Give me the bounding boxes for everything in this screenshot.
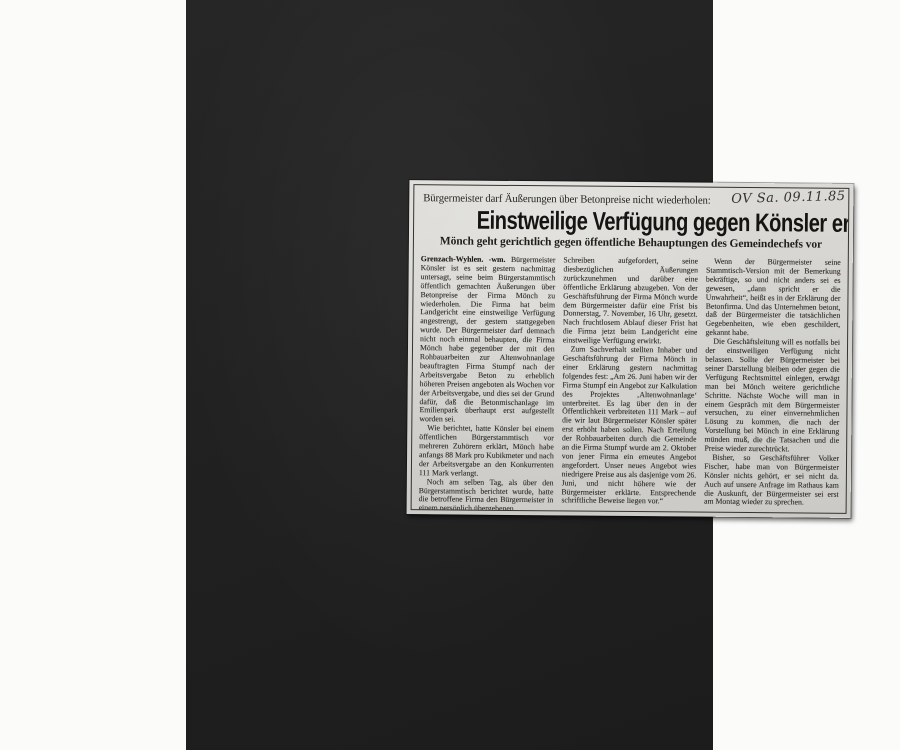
clipping-frame: Bürgermeister darf Äußerungen über Beton… xyxy=(411,184,850,514)
paragraph: Grenzach-Wyhlen. -wm. Bürgermeister Köns… xyxy=(419,255,555,425)
paragraph: Die Geschäftsleitung will es notfalls be… xyxy=(704,338,840,455)
newspaper-clipping: Bürgermeister darf Äußerungen über Beton… xyxy=(407,180,854,518)
paragraph-text: Bürgermeister Könsler ist es seit gester… xyxy=(419,255,555,424)
headline: Einstweilige Verfügung gegen Könsler erw… xyxy=(421,206,841,238)
article-column-3: Wenn der Bürgermeister seine Stammtisch-… xyxy=(704,258,841,514)
scanned-page: Bürgermeister darf Äußerungen über Beton… xyxy=(0,0,900,750)
headline-text: Einstweilige Verfügung gegen Könsler erw… xyxy=(477,207,850,240)
album-page: Bürgermeister darf Äußerungen über Beton… xyxy=(186,0,713,750)
paragraph: Wie berichtet, hatte Könsler bei einem ö… xyxy=(419,424,554,479)
paragraph: Wenn der Bürgermeister seine Stammtisch-… xyxy=(705,258,840,339)
paragraph: Noch am selben Tag, als über den Bürgers… xyxy=(419,478,554,514)
paragraph: Bisher, so Geschäftsführer Volker Fische… xyxy=(704,454,839,509)
handwritten-date: OV Sa. 09.11.85 xyxy=(731,189,846,207)
article-column-2: Schreiben aufgefordert, seine diesbezügl… xyxy=(561,256,698,513)
paragraph: Zum Sachverhalt stellten Inhaber und Ges… xyxy=(561,345,697,506)
article-columns: Grenzach-Wyhlen. -wm. Bürgermeister Köns… xyxy=(419,255,841,514)
kicker: Bürgermeister darf Äußerungen über Beton… xyxy=(421,192,710,207)
article-column-1: Grenzach-Wyhlen. -wm. Bürgermeister Köns… xyxy=(419,255,556,514)
paragraph: Schreiben aufgefordert, seine diesbezügl… xyxy=(563,256,698,346)
